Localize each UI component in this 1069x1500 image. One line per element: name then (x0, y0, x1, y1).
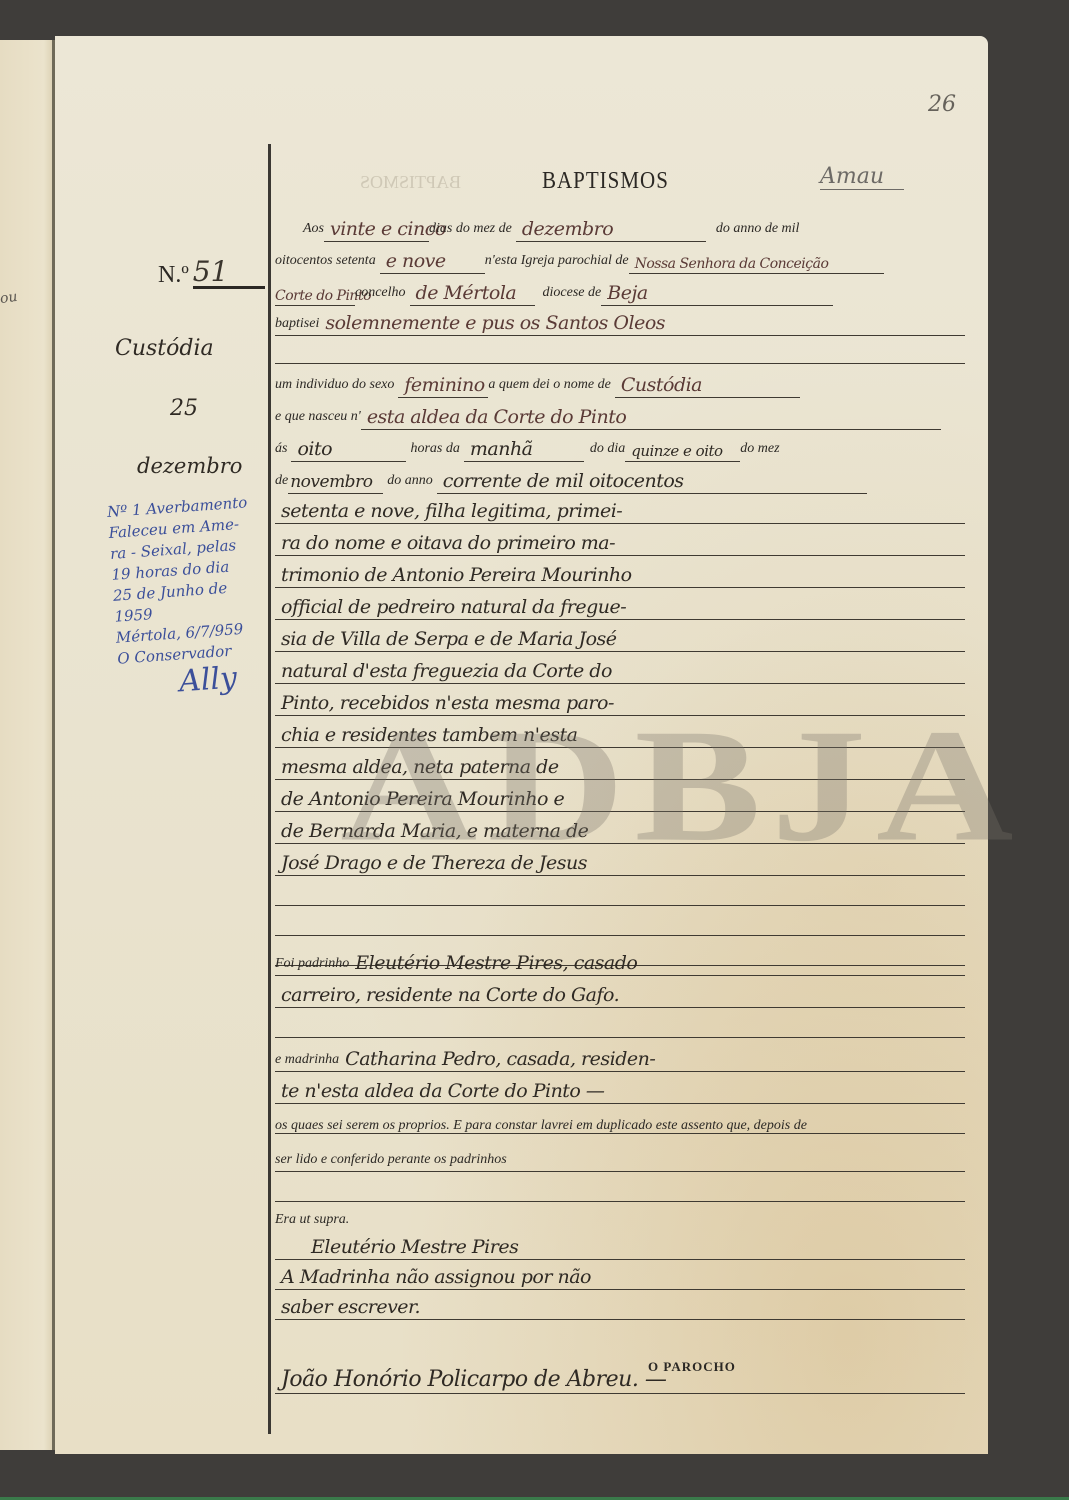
form-line-sexo: um individuo do sexo feminino a quem dei… (275, 366, 965, 396)
sexo-value: feminino (398, 374, 488, 398)
parish-continued: Corte do Pinto (275, 288, 355, 306)
top-right-scrawl: Amau (820, 164, 904, 190)
label-oitocentos: oitocentos setenta (275, 253, 376, 272)
parocho-signature-line: João Honório Policarpo de Abreu. — (275, 1356, 965, 1394)
blank-line (275, 878, 965, 906)
nome-value: Custódia (615, 374, 800, 398)
entry-number-value: 51 (193, 258, 265, 289)
signature-padrinho-line: Eleutério Mestre Pires (275, 1230, 965, 1260)
periodo-value: manhã (464, 438, 584, 462)
month-value: dezembro (516, 218, 706, 242)
era-ut-supra: Era ut supra. (275, 1212, 349, 1228)
label-baptis: baptisei (275, 316, 319, 335)
body-text: ra do nome e oitava do primeiro ma- (275, 532, 621, 555)
form-line-baptis: baptisei solemnemente e pus os Santos Ol… (275, 306, 965, 336)
body-line: José Drago e de Thereza de Jesus (275, 846, 965, 876)
padrinho-line-1: Foi padrinho Eleutério Mestre Pires, cas… (275, 946, 965, 976)
label-anno: do anno de mil (716, 221, 800, 240)
body-text: official de pedreiro natural da fregue- (275, 596, 632, 619)
margin-month: dezembro (137, 454, 242, 478)
label-concelho: concelho (355, 285, 406, 304)
label-nasceu: e que nasceu n' (275, 409, 361, 428)
mez-value: novembro (288, 472, 383, 494)
register-page: 26 Amau BAPTISMOS BAPTISMOS N.º 51 Custó… (55, 36, 988, 1454)
label-igreja: n'esta Igreja parochial de (485, 253, 629, 272)
parish-value: Nossa Senhora da Conceição (629, 256, 884, 274)
body-text: natural d'esta freguezia da Corte do (275, 660, 618, 683)
entry-number: N.º 51 (158, 258, 265, 289)
label-mez: do mez (740, 441, 779, 460)
form-line-concelho: Corte do Pinto concelho de Mértola dioce… (275, 274, 965, 304)
label-anno2: do anno (387, 473, 433, 492)
body-text: Pinto, recebidos n'esta mesma paro- (275, 692, 620, 715)
label-sexo: um individuo do sexo (275, 377, 394, 396)
note-line-2: saber escrever. (275, 1290, 965, 1320)
body-line: chia e residentes tambem n'esta (275, 718, 965, 748)
closing-line-2: ser lido e conferido perante os padrinho… (275, 1142, 965, 1172)
page-title: BAPTISMOS (542, 166, 669, 195)
page-number: 26 (928, 92, 956, 117)
note-text-2: saber escrever. (275, 1296, 426, 1319)
padrinho-value-cont: carreiro, residente na Corte do Gafo. (275, 984, 625, 1007)
note-text-1: A Madrinha não assignou por não (275, 1266, 597, 1289)
nasceu-value: esta aldea da Corte do Pinto (361, 406, 941, 430)
note-line-1: A Madrinha não assignou por não (275, 1260, 965, 1290)
body-line: Pinto, recebidos n'esta mesma paro- (275, 686, 965, 716)
label-dias: dias do mez de (429, 221, 512, 240)
padrinho-value: Eleutério Mestre Pires, casado (349, 952, 643, 975)
label-horas: horas da (410, 441, 459, 460)
blank-line (275, 1010, 965, 1038)
madrinha-line-2: te n'esta aldea da Corte do Pinto — (275, 1074, 965, 1104)
form-line-hora: ás oito horas da manhã do dia quinze e o… (275, 430, 965, 460)
body-text: trimonio de Antonio Pereira Mourinho (275, 564, 638, 587)
body-text: de Bernarda Maria, e materna de (275, 820, 594, 843)
blank-line (275, 336, 965, 364)
left-page-fragment: ou (0, 289, 18, 307)
body-line: de Antonio Pereira Mourinho e (275, 782, 965, 812)
margin-name: Custódia (115, 336, 214, 361)
madrinha-value: Catharina Pedro, casada, residen- (339, 1048, 661, 1071)
body-text: mesma aldea, neta paterna de (275, 756, 565, 779)
parocho-signature: João Honório Policarpo de Abreu. — (275, 1367, 672, 1393)
body-text: chia e residentes tambem n'esta (275, 724, 583, 747)
blank-line (275, 908, 965, 936)
body-text: setenta e nove, filha legitima, primei- (275, 500, 628, 523)
day-value: vinte e cinco (324, 218, 429, 242)
margin-day: 25 (170, 396, 198, 421)
label-padrinho: Foi padrinho (275, 956, 349, 975)
padrinho-line-2: carreiro, residente na Corte do Gafo. (275, 978, 965, 1008)
body-text: José Drago e de Thereza de Jesus (275, 852, 593, 875)
body-line: trimonio de Antonio Pereira Mourinho (275, 558, 965, 588)
body-text: sia de Villa de Serpa e de Maria José (275, 628, 623, 651)
form-line-year-parish: oitocentos setenta e nove n'esta Igreja … (275, 242, 965, 272)
form-line-date: Aos vinte e cinco dias do mez de dezembr… (275, 210, 965, 240)
year-value: e nove (380, 250, 485, 274)
anno-value: corrente de mil oitocentos (437, 470, 867, 494)
hora-value: oito (291, 438, 406, 462)
body-line: official de pedreiro natural da fregue- (275, 590, 965, 620)
body-line: setenta e nove, filha legitima, primei- (275, 494, 965, 524)
body-line: natural d'esta freguezia da Corte do (275, 654, 965, 684)
blank-line (275, 1174, 965, 1202)
label-madrinha: e madrinha (275, 1052, 339, 1071)
body-text: de Antonio Pereira Mourinho e (275, 788, 570, 811)
madrinha-value-cont: te n'esta aldea da Corte do Pinto — (275, 1080, 610, 1103)
body-line: de Bernarda Maria, e materna de (275, 814, 965, 844)
form-line-mez: de novembro do anno corrente de mil oito… (275, 462, 965, 492)
signature-padrinho: Eleutério Mestre Pires (305, 1236, 524, 1259)
label-de: de (275, 473, 288, 492)
label-aos: Aos (303, 221, 324, 240)
body-line: mesma aldea, neta paterna de (275, 750, 965, 780)
entry-number-label: N.º (158, 262, 189, 289)
madrinha-line-1: e madrinha Catharina Pedro, casada, resi… (275, 1042, 965, 1072)
closing-text-2: ser lido e conferido perante os padrinho… (275, 1152, 507, 1171)
label-dia: do dia (590, 441, 625, 460)
margin-rule (268, 144, 271, 1434)
label-as: ás (275, 441, 287, 460)
concelho-value: de Mértola (410, 282, 535, 306)
label-nome: a quem dei o nome de (488, 377, 610, 396)
dia-value: quinze e oito (625, 442, 740, 462)
label-diocese: diocese de (543, 285, 602, 304)
left-facing-page: ou (0, 40, 55, 1450)
diocese-value: Beja (601, 282, 833, 306)
closing-text-1: os quaes sei serem os proprios. E para c… (275, 1118, 807, 1134)
body-line: ra do nome e oitava do primeiro ma- (275, 526, 965, 556)
bleed-through-title: BAPTISMOS (360, 172, 461, 193)
body-line: sia de Villa de Serpa e de Maria José (275, 622, 965, 652)
baptis-value: solemnemente e pus os Santos Oleos (319, 312, 671, 335)
form-line-nasceu: e que nasceu n' esta aldea da Corte do P… (275, 398, 965, 428)
